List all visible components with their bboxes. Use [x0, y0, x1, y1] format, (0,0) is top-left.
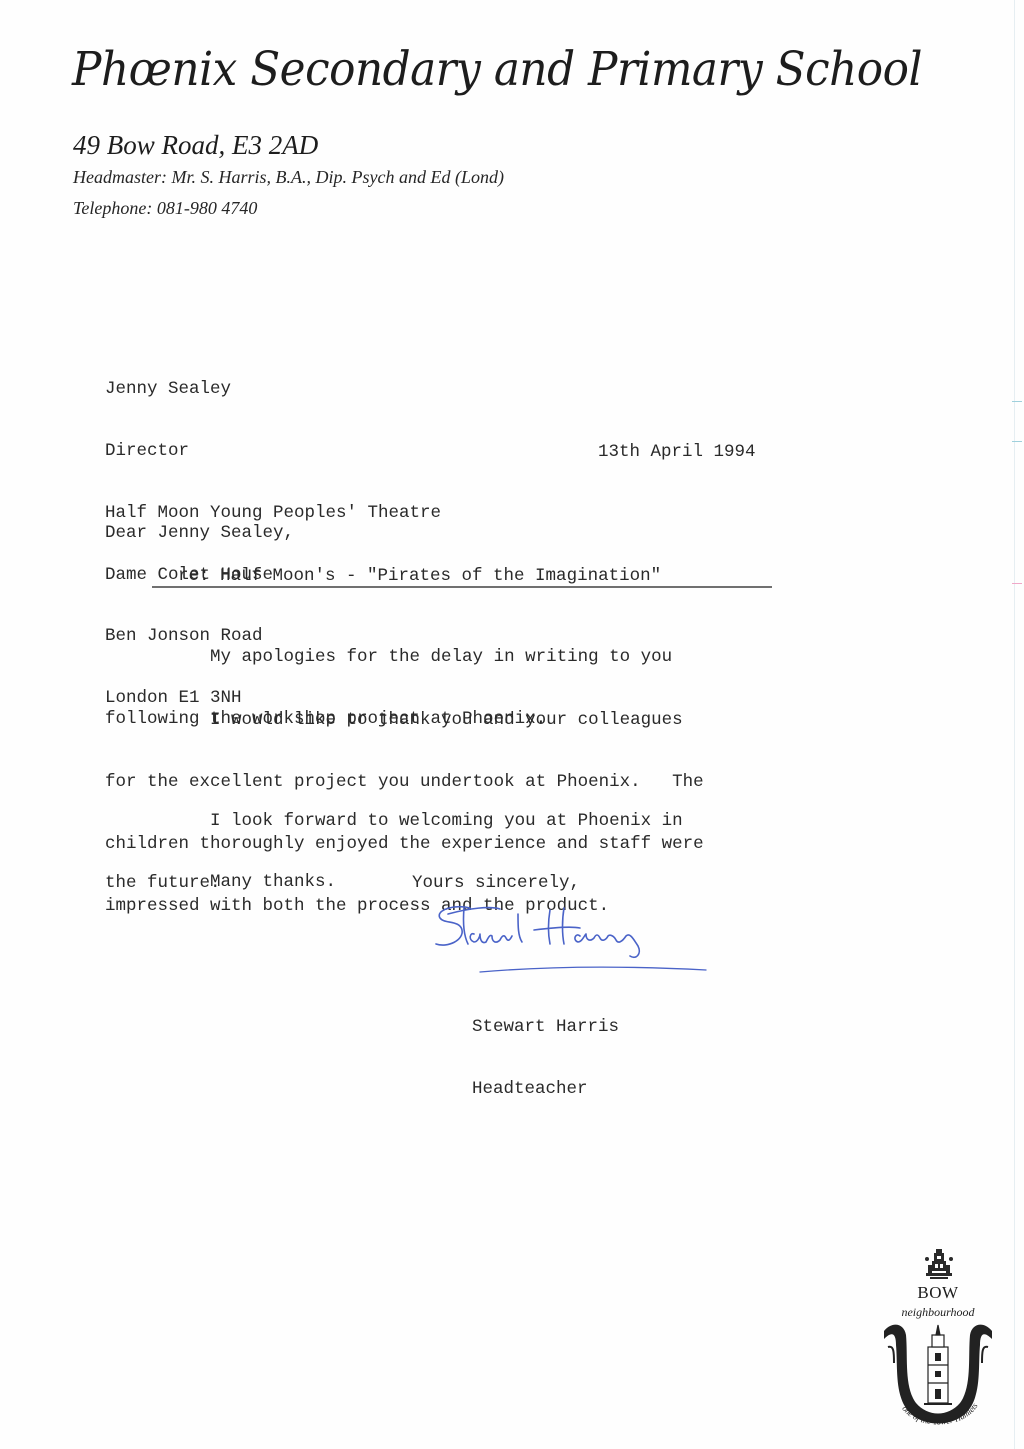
- margin-mark: [1012, 583, 1022, 584]
- school-name: Phœnix Secondary and Primary School: [72, 42, 922, 97]
- body-line: My apologies for the delay in writing to…: [105, 647, 672, 668]
- school-address: 49 Bow Road, E3 2AD: [73, 130, 318, 161]
- salutation: Dear Jenny Sealey,: [105, 523, 294, 544]
- margin-mark: [1012, 401, 1022, 402]
- recipient-name: Jenny Sealey: [105, 379, 441, 400]
- subject-underline: [152, 586, 772, 588]
- body-line: Many thanks.: [105, 872, 336, 893]
- recipient-title: Director: [105, 441, 441, 462]
- telephone-line: Telephone: 081-980 4740: [73, 198, 257, 219]
- valediction: Yours sincerely,: [412, 873, 580, 894]
- body-line: I look forward to welcoming you at Phoen…: [105, 811, 683, 832]
- margin-mark: [1012, 441, 1022, 442]
- letter-date: 13th April 1994: [598, 442, 756, 463]
- recipient-organisation: Half Moon Young Peoples' Theatre: [105, 503, 441, 524]
- subject-line: re: Half Moon's - "Pirates of the Imagin…: [178, 566, 661, 587]
- signer-title: Headteacher: [472, 1079, 619, 1100]
- page-edge-line: [1014, 0, 1015, 1449]
- headmaster-line: Headmaster: Mr. S. Harris, B.A., Dip. Ps…: [73, 167, 504, 188]
- body-line: I would like to thank you and your colle…: [105, 710, 704, 731]
- tower-emblem-icon: one of the Tower Hamlets: [882, 1317, 994, 1435]
- signer-block: Stewart Harris Headteacher: [472, 976, 619, 1141]
- bow-neighbourhood-logo: BOW neighbourhood one of the Tower Hamle…: [878, 1245, 998, 1435]
- body-paragraph-4: Many thanks.: [105, 831, 336, 934]
- handwritten-signature: [430, 900, 720, 980]
- signer-name: Stewart Harris: [472, 1017, 619, 1038]
- crest-icon: [922, 1247, 956, 1281]
- logo-title: BOW: [878, 1283, 998, 1303]
